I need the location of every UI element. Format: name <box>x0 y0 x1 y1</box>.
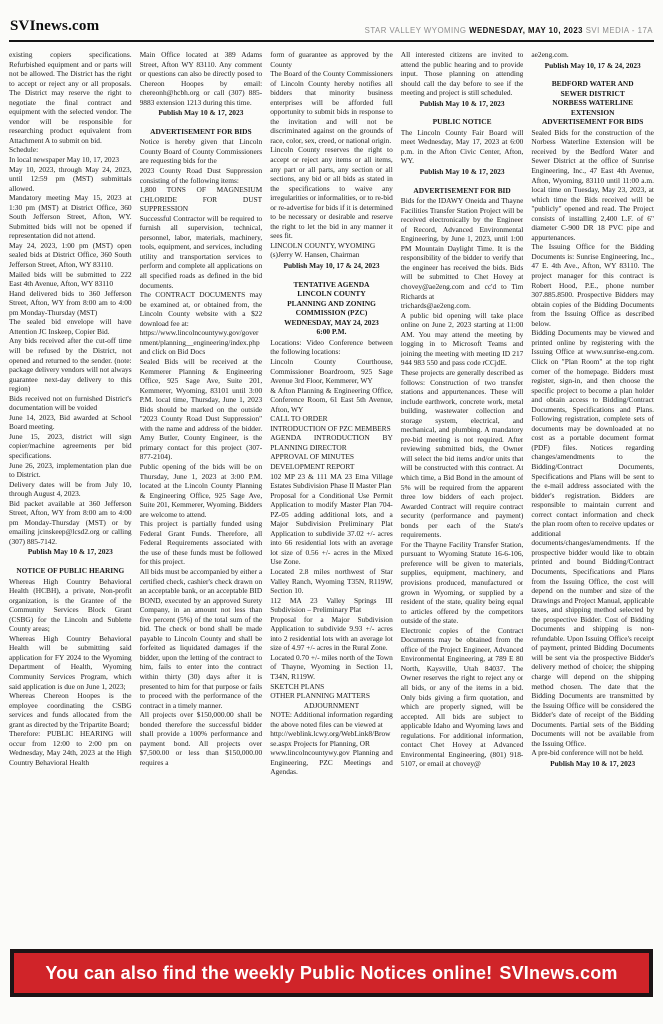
notice-paragraph: APPROVAL OF MINUTES <box>270 452 393 462</box>
notice-paragraph: Lincoln County Courthouse, Commissioner … <box>270 357 393 386</box>
notice-paragraph: For the Thayne Facility Transfer Station… <box>401 540 524 626</box>
notice-paragraph: In local newspaper May 10, 17, 2023 <box>9 155 132 165</box>
notice-paragraph: May 10, 2023, through May 24, 2023, unti… <box>9 165 132 194</box>
notice-paragraph: The Lincoln County Fair Board will meet … <box>401 128 524 166</box>
notice-paragraph: A public bid opening will take place onl… <box>401 311 524 368</box>
notice-paragraph: Mailed bids will be submitted to 222 Eas… <box>9 270 132 289</box>
publish-line: Publish May 10, 17 & 24, 2023 <box>531 61 654 71</box>
notice-paragraph: 2023 County Road Dust Suppression consis… <box>140 166 263 185</box>
notice-paragraph: The Board of the County Commissioners of… <box>270 69 393 145</box>
masthead: SVInews.com <box>10 18 99 35</box>
notice-paragraph: 1,800 TONS OF MAGNESIUM CHLORIDE FOR DUS… <box>140 185 263 214</box>
notice-paragraph: June 26, 2023, implementation plan due t… <box>9 461 132 480</box>
publish-line: Publish May 10, 17 & 24, 2023 <box>270 261 393 271</box>
notice-paragraph: All interested citizens are invited to a… <box>401 50 524 98</box>
notice-paragraph: Whereas High Country Behavioral Health w… <box>9 634 132 691</box>
notice-paragraph: Whereas High Country Behavioral Health (… <box>9 577 132 634</box>
notice-paragraph: SKETCH PLANS <box>270 682 393 692</box>
notice-paragraph: Bids received not on furnished District'… <box>9 394 132 413</box>
notice-paragraph: Sealed Bids will be received at the Kemm… <box>140 357 263 462</box>
notice-paragraph: Bid packet available at 360 Jefferson St… <box>9 499 132 547</box>
notice-paragraph: Located 0.70 +/- miles north of the Town… <box>270 653 393 682</box>
publish-line: Publish May 10 & 17, 2023 <box>401 167 524 177</box>
notice-paragraph: OTHER PLANNING MATTERS <box>270 691 393 701</box>
centered-line: ADJOURNMENT <box>270 701 393 711</box>
notice-heading: PUBLIC NOTICE <box>401 117 524 127</box>
notice-paragraph: The Issuing Office for the Bidding Docum… <box>531 242 654 328</box>
notice-paragraph: A pre-bid conference will not be held. <box>531 748 654 758</box>
notice-paragraph: Proposal for a Major Subdivision Applica… <box>270 615 393 653</box>
notice-paragraph: form of guarantee as approved by the Cou… <box>270 50 393 69</box>
notice-paragraph: CALL TO ORDER <box>270 414 393 424</box>
notice-paragraph: Located 2.8 miles northwest of Star Vall… <box>270 567 393 596</box>
header-location: STAR VALLEY WYOMING <box>365 26 467 35</box>
header-edition: SVI MEDIA - 17A <box>586 26 653 35</box>
notice-paragraph: Notice is hereby given that Lincoln Coun… <box>140 137 263 166</box>
notice-paragraph: NOTE: Additional information regarding t… <box>270 710 393 729</box>
notice-paragraph: The sealed bid envelope will have Attent… <box>9 317 132 336</box>
notice-column-5: ae2eng.com.Publish May 10, 17 & 24, 2023… <box>531 50 654 938</box>
notice-paragraph: http://weblink.lcwy.org/WebLink8/Browse.… <box>270 729 393 748</box>
notice-paragraph: All projects over $150,000.00 shall be b… <box>140 710 263 767</box>
notice-paragraph: June 15, 2023, district will sign copier… <box>9 432 132 461</box>
notice-paragraph: ae2eng.com. <box>531 50 654 60</box>
notice-paragraph: June 14, 2023, Bid awarded at School Boa… <box>9 413 132 432</box>
notice-paragraph: Bidding Documents may be viewed and prin… <box>531 328 654 748</box>
banner-text: You can also find the weekly Public Noti… <box>45 963 492 984</box>
notice-heading: ADVERTISEMENT FOR BID <box>401 186 524 196</box>
notice-paragraph: Mandatory meeting May 15, 2023 at 1:30 p… <box>9 193 132 241</box>
notice-paragraph: Therefore: PUBLIC HEARING will occur fro… <box>9 729 132 767</box>
banner-site-link: SVInews.com <box>499 963 617 984</box>
publish-line: Publish May 10 & 17, 2023 <box>140 108 263 118</box>
header-dateline: STAR VALLEY WYOMING WEDNESDAY, MAY 10, 2… <box>365 26 653 35</box>
notice-column-1: existing copiers specifications. Refurbi… <box>9 50 132 938</box>
notice-paragraph: Successful Contractor will be required t… <box>140 214 263 290</box>
publish-line: Publish May 10 & 17, 2023 <box>9 547 132 557</box>
notice-paragraph: Any bids received after the cut-off time… <box>9 336 132 393</box>
notice-paragraph: Whereas Chereon Hoopes is the employee c… <box>9 691 132 729</box>
notice-heading: BEDFORD WATER AND SEWER DISTRICT NORBESS… <box>531 79 654 127</box>
notice-paragraph: The CONTRACT DOCUMENTS may be examined a… <box>140 290 263 328</box>
notice-paragraph: INTRODUCTION OF PZC MEMBERS <box>270 424 393 434</box>
notice-paragraph: trichards@ae2eng.com. <box>401 301 524 311</box>
publish-line: Publish May 10 & 17, 2023 <box>401 99 524 109</box>
notice-paragraph: Hand delivered bids to 360 Jefferson Str… <box>9 289 132 318</box>
notice-paragraph: AGENDA INTRODUCTION BY PLANNING DIRECTOR <box>270 433 393 452</box>
notice-paragraph: Main Office located at 389 Adams Street,… <box>140 50 263 107</box>
notice-paragraph: These projects are generally described a… <box>401 368 524 540</box>
notice-paragraph: Schedule: <box>9 145 132 155</box>
notice-paragraph: Proposal for a Conditional Use Permit Ap… <box>270 491 393 567</box>
notice-paragraph: Public opening of the bids will be on Th… <box>140 462 263 519</box>
newspaper-page: SVInews.com STAR VALLEY WYOMING WEDNESDA… <box>0 0 663 1024</box>
notice-paragraph: LINCOLN COUNTY, WYOMING <box>270 241 393 251</box>
notice-paragraph: https://www.lincolncountywy.gov/governme… <box>140 328 263 357</box>
notice-heading: NOTICE OF PUBLIC HEARING <box>9 566 132 576</box>
header-date: WEDNESDAY, MAY 10, 2023 <box>469 26 583 35</box>
notice-paragraph: Sealed Bids for the construction of the … <box>531 128 654 243</box>
notice-paragraph: existing copiers specifications. Refurbi… <box>9 50 132 145</box>
publish-line: Publish May 10 & 17, 2023 <box>531 759 654 769</box>
notice-column-4: All interested citizens are invited to a… <box>401 50 524 938</box>
notice-column-2: Main Office located at 389 Adams Street,… <box>140 50 263 938</box>
notice-heading: ADVERTISEMENT FOR BIDS <box>140 127 263 137</box>
notice-paragraph: Delivery dates will be from July 10, thr… <box>9 480 132 499</box>
notice-paragraph: www.lincolncountywy.gov Planning and Eng… <box>270 748 393 777</box>
notice-column-3: form of guarantee as approved by the Cou… <box>270 50 393 938</box>
notice-paragraph: 112 MA 23 Valley Springs III Subdivision… <box>270 596 393 615</box>
notice-paragraph: Electronic copies of the Contract Docume… <box>401 626 524 769</box>
notice-paragraph: DEVELOPMENT REPORT <box>270 462 393 472</box>
notice-paragraph: & Afton Planning & Engineering Office, C… <box>270 386 393 415</box>
page-header: SVInews.com STAR VALLEY WYOMING WEDNESDA… <box>9 6 654 42</box>
notice-paragraph: 102 MP 23 & 111 MA 23 Etna Village Estat… <box>270 472 393 491</box>
notice-paragraph: Bids for the IDAWY Oneida and Thayne Fac… <box>401 196 524 301</box>
notice-paragraph: (s)Jerry W. Hansen, Chairman <box>270 250 393 260</box>
notice-heading: TENTATIVE AGENDA LINCOLN COUNTY PLANNING… <box>270 280 393 337</box>
notice-paragraph: Lincoln County reserves the right to acc… <box>270 145 393 240</box>
notice-paragraph: This project is partially funded using F… <box>140 519 263 567</box>
notice-paragraph: May 24, 2023, 1:00 pm (MST) open sealed … <box>9 241 132 270</box>
public-notices-columns: existing copiers specifications. Refurbi… <box>9 50 654 938</box>
notice-paragraph: All bids must be accompanied by either a… <box>140 567 263 710</box>
public-notices-banner: You can also find the weekly Public Noti… <box>10 949 653 997</box>
notice-paragraph: Locations: Video Conference between the … <box>270 338 393 357</box>
